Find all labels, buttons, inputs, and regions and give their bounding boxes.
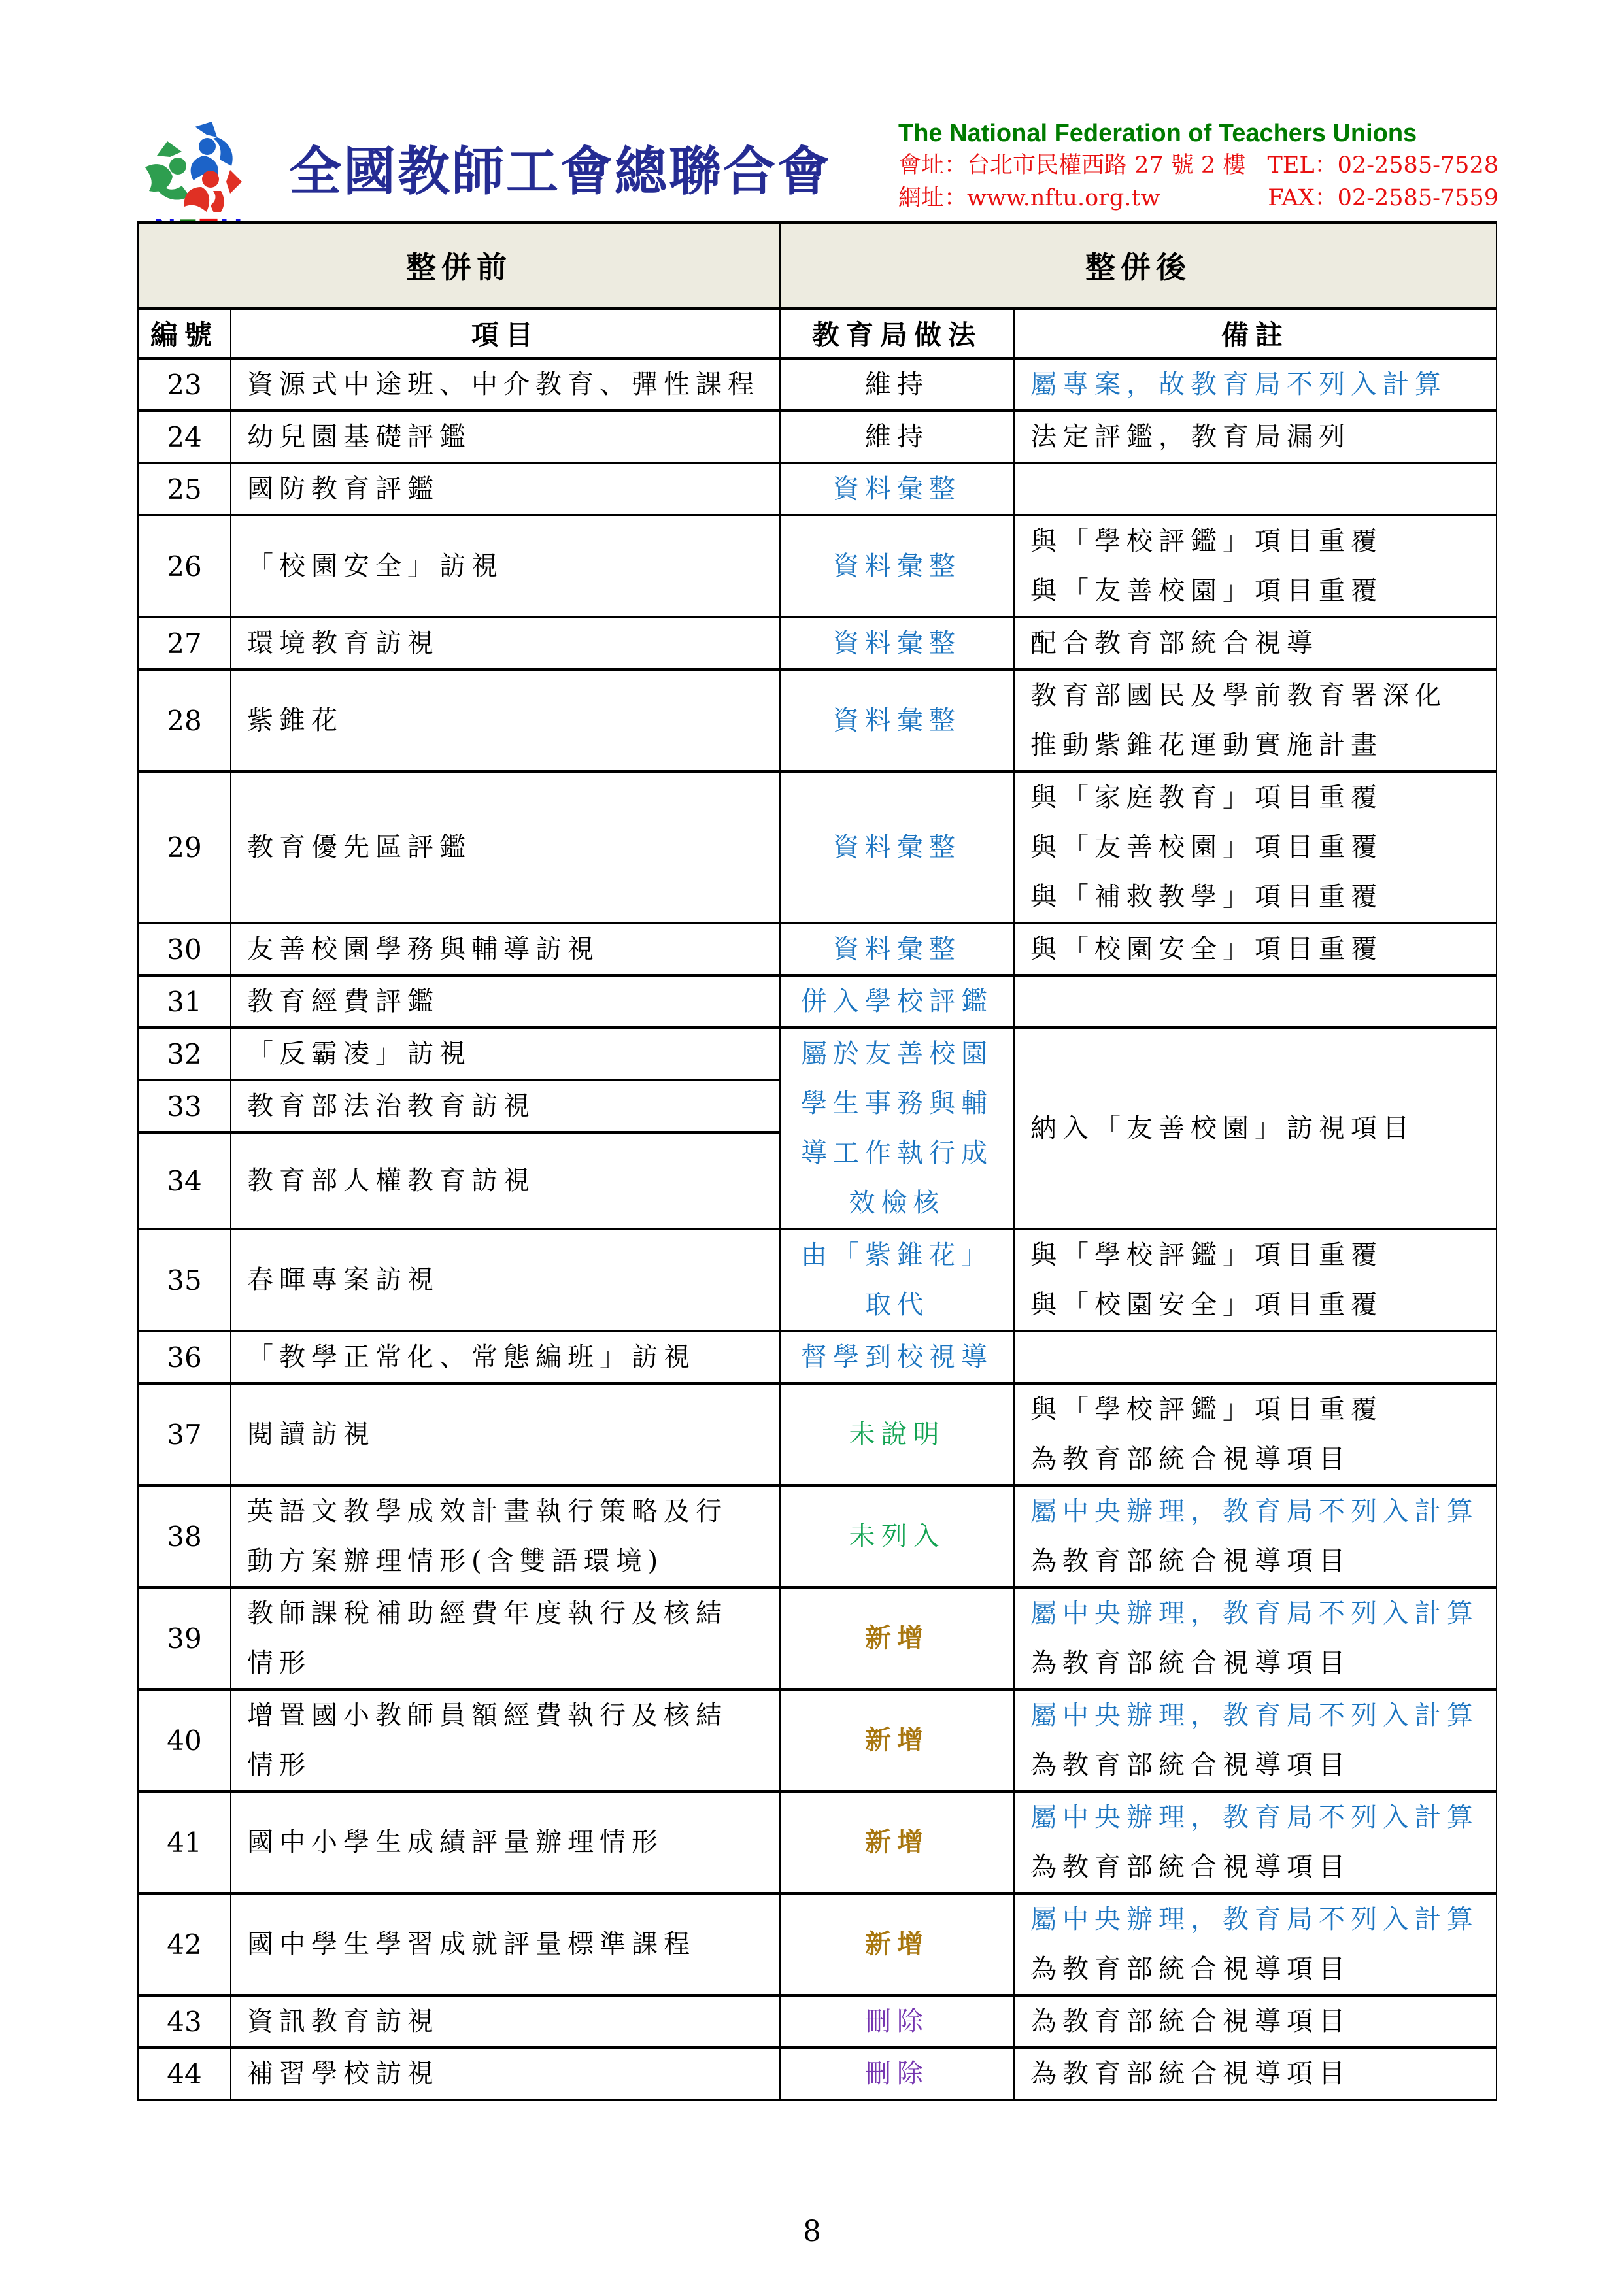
col-header-no: 編號 bbox=[138, 309, 231, 358]
row-number-cell: 24 bbox=[138, 411, 231, 463]
remark-line: 為教育部統合視導項目 bbox=[1030, 1944, 1493, 1994]
item-line: 環境教育訪視 bbox=[247, 618, 775, 668]
action-line: 資料彙整 bbox=[790, 541, 1004, 591]
remark-cell: 屬中央辦理，教育局不列入計算 為教育部統合視導項目 bbox=[1014, 1587, 1497, 1689]
action-cell: 新增 bbox=[780, 1587, 1014, 1689]
action-cell-merged: 屬於友善校園 學生事務與輔 導工作執行成 效檢核 bbox=[780, 1028, 1014, 1229]
row-number-cell: 29 bbox=[138, 771, 231, 923]
action-cell: 刪除 bbox=[780, 2048, 1014, 2100]
item-line: 資訊教育訪視 bbox=[247, 1997, 775, 2046]
action-cell: 資料彙整 bbox=[780, 923, 1014, 975]
item-line: 增置國小教師員額經費執行及核結 bbox=[247, 1691, 775, 1740]
action-line: 資料彙整 bbox=[790, 696, 1004, 745]
table-row: 42 國中學生學習成就評量標準課程 新增 屬中央辦理，教育局不列入計算 為教育部… bbox=[138, 1893, 1497, 1995]
action-cell: 維持 bbox=[780, 411, 1014, 463]
item-line: 「校園安全」訪視 bbox=[247, 541, 775, 591]
item-line: 友善校園學務與輔導訪視 bbox=[247, 924, 775, 974]
address-tel-line: 會址：台北市民權西路 27 號 2 樓 TEL：02-2585-7528 bbox=[898, 149, 1498, 182]
remark-line: 與「友善校園」項目重覆 bbox=[1030, 822, 1493, 872]
item-line: 教育經費評鑑 bbox=[247, 977, 775, 1026]
remark-cell: 教育部國民及學前教育署深化 推動紫錐花運動實施計畫 bbox=[1014, 669, 1497, 771]
action-line: 刪除 bbox=[790, 2049, 1004, 2099]
item-line: 教育優先區評鑑 bbox=[247, 822, 775, 872]
group-header-row: 整併前 整併後 bbox=[138, 222, 1497, 309]
org-name-zh: 全國教師工會總聯合會 bbox=[289, 129, 832, 205]
table-row: 39 教師課稅補助經費年度執行及核結 情形 新增 屬中央辦理，教育局不列入計算 … bbox=[138, 1587, 1497, 1689]
remark-line: 納入「友善校園」訪視項目 bbox=[1030, 1104, 1493, 1153]
remark-line: 與「友善校園」項目重覆 bbox=[1030, 566, 1493, 616]
table-row: 41 國中小學生成績評量辦理情形 新增 屬中央辦理，教育局不列入計算 為教育部統… bbox=[138, 1791, 1497, 1893]
item-line: 國中小學生成績評量辦理情形 bbox=[247, 1817, 775, 1867]
remark-cell-empty bbox=[1014, 1331, 1497, 1383]
remark-cell: 為教育部統合視導項目 bbox=[1014, 1995, 1497, 2048]
action-cell: 新增 bbox=[780, 1791, 1014, 1893]
page-number: 8 bbox=[0, 2215, 1624, 2248]
action-line: 屬於友善校園 bbox=[790, 1029, 1004, 1079]
action-line: 導工作執行成 bbox=[790, 1128, 1004, 1178]
remark-cell: 與「學校評鑑」項目重覆 為教育部統合視導項目 bbox=[1014, 1383, 1497, 1485]
table-row: 43 資訊教育訪視 刪除 為教育部統合視導項目 bbox=[138, 1995, 1497, 2048]
item-cell: 教師課稅補助經費年度執行及核結 情形 bbox=[231, 1587, 780, 1689]
group-header-after: 整併後 bbox=[780, 222, 1497, 309]
action-line: 效檢核 bbox=[790, 1178, 1004, 1228]
remark-cell-merged: 納入「友善校園」訪視項目 bbox=[1014, 1028, 1497, 1229]
item-cell: 「校園安全」訪視 bbox=[231, 515, 780, 617]
action-line: 學生事務與輔 bbox=[790, 1079, 1004, 1128]
item-line: 「反霸凌」訪視 bbox=[247, 1029, 775, 1079]
row-number-cell: 31 bbox=[138, 975, 231, 1028]
action-line: 新增 bbox=[790, 1715, 1004, 1765]
remark-line: 屬中央辦理，教育局不列入計算 bbox=[1030, 1895, 1493, 1944]
remark-cell: 為教育部統合視導項目 bbox=[1014, 2048, 1497, 2100]
remark-line: 與「補救教學」項目重覆 bbox=[1030, 872, 1493, 922]
row-number-cell: 41 bbox=[138, 1791, 231, 1893]
remark-cell: 屬中央辦理，教育局不列入計算 為教育部統合視導項目 bbox=[1014, 1893, 1497, 1995]
action-line: 資料彙整 bbox=[790, 464, 1004, 514]
action-line: 維持 bbox=[790, 412, 1004, 462]
table-row: 24 幼兒園基礎評鑑 維持 法定評鑑，教育局漏列 bbox=[138, 411, 1497, 463]
action-cell: 由「紫錐花」 取代 bbox=[780, 1229, 1014, 1331]
table-row: 26 「校園安全」訪視 資料彙整 與「學校評鑑」項目重覆 與「友善校園」項目重覆 bbox=[138, 515, 1497, 617]
row-number-cell: 28 bbox=[138, 669, 231, 771]
action-line: 資料彙整 bbox=[790, 924, 1004, 974]
table-row: 44 補習學校訪視 刪除 為教育部統合視導項目 bbox=[138, 2048, 1497, 2100]
action-cell: 資料彙整 bbox=[780, 669, 1014, 771]
remark-cell: 與「校園安全」項目重覆 bbox=[1014, 923, 1497, 975]
remark-line: 與「校園安全」項目重覆 bbox=[1030, 1280, 1493, 1330]
action-cell: 資料彙整 bbox=[780, 515, 1014, 617]
fax-text: FAX：02-2585-7559 bbox=[1268, 182, 1498, 214]
action-line: 刪除 bbox=[790, 1997, 1004, 2046]
item-line: 春暉專案訪視 bbox=[247, 1255, 775, 1305]
item-cell: 教育優先區評鑑 bbox=[231, 771, 780, 923]
remark-line: 為教育部統合視導項目 bbox=[1030, 1740, 1493, 1790]
item-cell: 「反霸凌」訪視 bbox=[231, 1028, 780, 1080]
col-header-action: 教育局做法 bbox=[780, 309, 1014, 358]
consolidation-table-wrapper: 整併前 整併後 編號 項目 教育局做法 備註 23 資源式中途班、中介教育、彈性… bbox=[137, 221, 1497, 2101]
remark-line: 為教育部統合視導項目 bbox=[1030, 1638, 1493, 1688]
item-cell: 英語文教學成效計畫執行策略及行 動方案辦理情形(含雙語環境) bbox=[231, 1485, 780, 1587]
item-cell: 教育部人權教育訪視 bbox=[231, 1132, 780, 1229]
table-row: 32 「反霸凌」訪視 屬於友善校園 學生事務與輔 導工作執行成 效檢核 納入「友… bbox=[138, 1028, 1497, 1080]
item-line: 動方案辦理情形(含雙語環境) bbox=[247, 1536, 775, 1586]
item-line: 國防教育評鑑 bbox=[247, 464, 775, 514]
remark-line: 為教育部統合視導項目 bbox=[1030, 2049, 1493, 2099]
remark-line: 為教育部統合視導項目 bbox=[1030, 1997, 1493, 2046]
item-cell: 閱讀訪視 bbox=[231, 1383, 780, 1485]
remark-line: 與「校園安全」項目重覆 bbox=[1030, 924, 1493, 974]
item-cell: 春暉專案訪視 bbox=[231, 1229, 780, 1331]
remark-line: 屬中央辦理，教育局不列入計算 bbox=[1030, 1691, 1493, 1740]
remark-cell: 法定評鑑，教育局漏列 bbox=[1014, 411, 1497, 463]
remark-cell: 與「家庭教育」項目重覆 與「友善校園」項目重覆 與「補救教學」項目重覆 bbox=[1014, 771, 1497, 923]
table-row: 30 友善校園學務與輔導訪視 資料彙整 與「校園安全」項目重覆 bbox=[138, 923, 1497, 975]
remark-line: 為教育部統合視導項目 bbox=[1030, 1434, 1493, 1484]
consolidation-table: 整併前 整併後 編號 項目 教育局做法 備註 23 資源式中途班、中介教育、彈性… bbox=[137, 221, 1497, 2101]
row-number-cell: 38 bbox=[138, 1485, 231, 1587]
tel-text: TEL：02-2585-7528 bbox=[1268, 149, 1498, 182]
remark-line: 與「學校評鑑」項目重覆 bbox=[1030, 1385, 1493, 1434]
remark-line: 配合教育部統合視導 bbox=[1030, 618, 1493, 668]
row-number-cell: 35 bbox=[138, 1229, 231, 1331]
column-header-row: 編號 項目 教育局做法 備註 bbox=[138, 309, 1497, 358]
org-name-en: The National Federation of Teachers Unio… bbox=[898, 119, 1498, 149]
group-header-before: 整併前 bbox=[138, 222, 780, 309]
row-number-cell: 40 bbox=[138, 1689, 231, 1791]
remark-line: 屬中央辦理，教育局不列入計算 bbox=[1030, 1589, 1493, 1638]
row-number-cell: 26 bbox=[138, 515, 231, 617]
action-line: 資料彙整 bbox=[790, 618, 1004, 668]
item-cell: 資訊教育訪視 bbox=[231, 1995, 780, 2048]
col-header-item: 項目 bbox=[231, 309, 780, 358]
item-cell: 友善校園學務與輔導訪視 bbox=[231, 923, 780, 975]
remark-line: 推動紫錐花運動實施計畫 bbox=[1030, 720, 1493, 770]
action-cell: 併入學校評鑑 bbox=[780, 975, 1014, 1028]
item-cell: 環境教育訪視 bbox=[231, 617, 780, 669]
action-line: 新增 bbox=[790, 1919, 1004, 1969]
table-row: 27 環境教育訪視 資料彙整 配合教育部統合視導 bbox=[138, 617, 1497, 669]
remark-line: 為教育部統合視導項目 bbox=[1030, 1842, 1493, 1892]
item-cell: 教育經費評鑑 bbox=[231, 975, 780, 1028]
website-text: 網址：www.nftu.org.tw bbox=[898, 182, 1160, 214]
remark-line: 與「學校評鑑」項目重覆 bbox=[1030, 516, 1493, 566]
action-line: 併入學校評鑑 bbox=[790, 977, 1004, 1026]
action-cell: 新增 bbox=[780, 1893, 1014, 1995]
row-number-cell: 44 bbox=[138, 2048, 231, 2100]
action-cell: 資料彙整 bbox=[780, 463, 1014, 515]
item-line: 「教學正常化、常態編班」訪視 bbox=[247, 1332, 775, 1382]
action-cell: 未說明 bbox=[780, 1383, 1014, 1485]
item-cell: 補習學校訪視 bbox=[231, 2048, 780, 2100]
remark-line: 教育部國民及學前教育署深化 bbox=[1030, 671, 1493, 720]
table-row: 25 國防教育評鑑 資料彙整 bbox=[138, 463, 1497, 515]
row-number-cell: 37 bbox=[138, 1383, 231, 1485]
action-cell: 刪除 bbox=[780, 1995, 1014, 2048]
action-line: 由「紫錐花」 bbox=[790, 1230, 1004, 1280]
table-row: 28 紫錐花 資料彙整 教育部國民及學前教育署深化 推動紫錐花運動實施計畫 bbox=[138, 669, 1497, 771]
row-number-cell: 23 bbox=[138, 358, 231, 411]
item-cell: 紫錐花 bbox=[231, 669, 780, 771]
action-cell: 新增 bbox=[780, 1689, 1014, 1791]
item-line: 情形 bbox=[247, 1740, 775, 1790]
item-line: 教育部人權教育訪視 bbox=[247, 1156, 775, 1206]
action-line: 取代 bbox=[790, 1280, 1004, 1330]
table-row: 23 資源式中途班、中介教育、彈性課程 維持 屬專案，故教育局不列入計算 bbox=[138, 358, 1497, 411]
row-number-cell: 42 bbox=[138, 1893, 231, 1995]
row-number-cell: 25 bbox=[138, 463, 231, 515]
action-line: 新增 bbox=[790, 1817, 1004, 1867]
item-cell: 國中學生學習成就評量標準課程 bbox=[231, 1893, 780, 1995]
remark-line: 法定評鑑，教育局漏列 bbox=[1030, 412, 1493, 462]
item-cell: 國防教育評鑑 bbox=[231, 463, 780, 515]
col-header-remark: 備註 bbox=[1014, 309, 1497, 358]
action-cell: 未列入 bbox=[780, 1485, 1014, 1587]
item-cell: 增置國小教師員額經費執行及核結 情形 bbox=[231, 1689, 780, 1791]
table-row: 36 「教學正常化、常態編班」訪視 督學到校視導 bbox=[138, 1331, 1497, 1383]
remark-line: 屬中央辦理，教育局不列入計算 bbox=[1030, 1793, 1493, 1842]
contact-block: The National Federation of Teachers Unio… bbox=[898, 119, 1498, 214]
item-line: 閱讀訪視 bbox=[247, 1409, 775, 1459]
remark-line: 屬中央辦理，教育局不列入計算 bbox=[1030, 1487, 1493, 1536]
remark-cell: 屬中央辦理，教育局不列入計算 為教育部統合視導項目 bbox=[1014, 1689, 1497, 1791]
remark-cell: 屬中央辦理，教育局不列入計算 為教育部統合視導項目 bbox=[1014, 1791, 1497, 1893]
row-number-cell: 30 bbox=[138, 923, 231, 975]
table-row: 40 增置國小教師員額經費執行及核結 情形 新增 屬中央辦理，教育局不列入計算 … bbox=[138, 1689, 1497, 1791]
item-line: 國中學生學習成就評量標準課程 bbox=[247, 1919, 775, 1969]
action-line: 新增 bbox=[790, 1613, 1004, 1663]
remark-cell: 配合教育部統合視導 bbox=[1014, 617, 1497, 669]
item-line: 教師課稅補助經費年度執行及核結 bbox=[247, 1589, 775, 1638]
item-line: 英語文教學成效計畫執行策略及行 bbox=[247, 1487, 775, 1536]
row-number-cell: 39 bbox=[138, 1587, 231, 1689]
action-line: 資料彙整 bbox=[790, 822, 1004, 872]
action-cell: 資料彙整 bbox=[780, 617, 1014, 669]
item-line: 幼兒園基礎評鑑 bbox=[247, 412, 775, 462]
table-row: 35 春暉專案訪視 由「紫錐花」 取代 與「學校評鑑」項目重覆 與「校園安全」項… bbox=[138, 1229, 1497, 1331]
remark-cell: 與「學校評鑑」項目重覆 與「校園安全」項目重覆 bbox=[1014, 1229, 1497, 1331]
item-line: 紫錐花 bbox=[247, 696, 775, 745]
web-fax-line: 網址：www.nftu.org.tw FAX：02-2585-7559 bbox=[898, 182, 1498, 214]
item-cell: 「教學正常化、常態編班」訪視 bbox=[231, 1331, 780, 1383]
action-line: 未列入 bbox=[790, 1511, 1004, 1561]
table-row: 31 教育經費評鑑 併入學校評鑑 bbox=[138, 975, 1497, 1028]
row-number-cell: 27 bbox=[138, 617, 231, 669]
item-line: 教育部法治教育訪視 bbox=[247, 1081, 775, 1131]
remark-cell-empty bbox=[1014, 975, 1497, 1028]
row-number-cell: 34 bbox=[138, 1132, 231, 1229]
action-line: 督學到校視導 bbox=[790, 1332, 1004, 1382]
table-row: 29 教育優先區評鑑 資料彙整 與「家庭教育」項目重覆 與「友善校園」項目重覆 … bbox=[138, 771, 1497, 923]
remark-cell: 屬專案，故教育局不列入計算 bbox=[1014, 358, 1497, 411]
remark-line: 為教育部統合視導項目 bbox=[1030, 1536, 1493, 1586]
action-cell: 資料彙整 bbox=[780, 771, 1014, 923]
action-cell: 維持 bbox=[780, 358, 1014, 411]
row-number-cell: 32 bbox=[138, 1028, 231, 1080]
action-line: 未說明 bbox=[790, 1409, 1004, 1459]
item-line: 補習學校訪視 bbox=[247, 2049, 775, 2099]
item-cell: 資源式中途班、中介教育、彈性課程 bbox=[231, 358, 780, 411]
people-trefoil-icon bbox=[144, 119, 255, 212]
remark-line: 與「學校評鑑」項目重覆 bbox=[1030, 1230, 1493, 1280]
remark-line: 屬專案，故教育局不列入計算 bbox=[1030, 360, 1493, 409]
item-line: 資源式中途班、中介教育、彈性課程 bbox=[247, 360, 775, 409]
address-text: 會址：台北市民權西路 27 號 2 樓 bbox=[898, 149, 1245, 182]
document-page: NFTU 全國教師工會總聯合會 The National Federation … bbox=[0, 0, 1624, 2294]
remark-cell-empty bbox=[1014, 463, 1497, 515]
item-cell: 國中小學生成績評量辦理情形 bbox=[231, 1791, 780, 1893]
row-number-cell: 33 bbox=[138, 1080, 231, 1132]
item-cell: 教育部法治教育訪視 bbox=[231, 1080, 780, 1132]
row-number-cell: 36 bbox=[138, 1331, 231, 1383]
action-cell: 督學到校視導 bbox=[780, 1331, 1014, 1383]
remark-cell: 屬中央辦理，教育局不列入計算 為教育部統合視導項目 bbox=[1014, 1485, 1497, 1587]
item-cell: 幼兒園基礎評鑑 bbox=[231, 411, 780, 463]
item-line: 情形 bbox=[247, 1638, 775, 1688]
action-line: 維持 bbox=[790, 360, 1004, 409]
row-number-cell: 43 bbox=[138, 1995, 231, 2048]
remark-cell: 與「學校評鑑」項目重覆 與「友善校園」項目重覆 bbox=[1014, 515, 1497, 617]
table-row: 38 英語文教學成效計畫執行策略及行 動方案辦理情形(含雙語環境) 未列入 屬中… bbox=[138, 1485, 1497, 1587]
table-row: 37 閱讀訪視 未說明 與「學校評鑑」項目重覆 為教育部統合視導項目 bbox=[138, 1383, 1497, 1485]
remark-line: 與「家庭教育」項目重覆 bbox=[1030, 773, 1493, 822]
